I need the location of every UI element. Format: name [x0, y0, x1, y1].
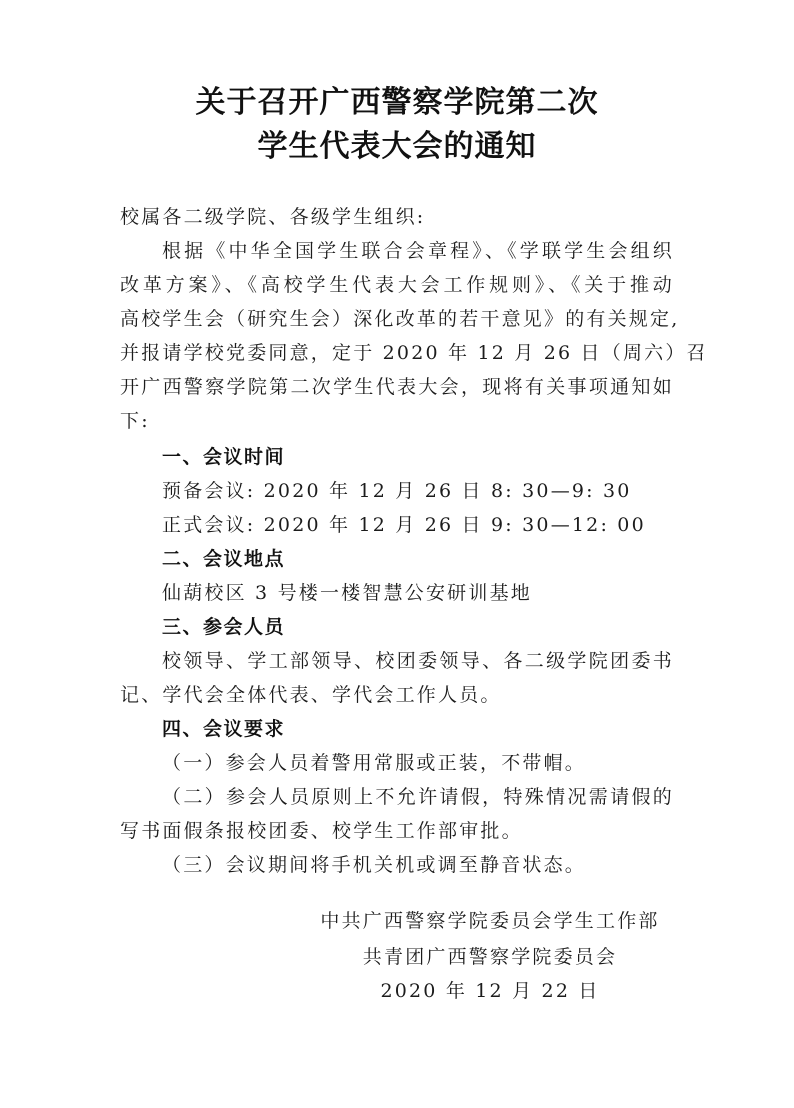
- intro-line: 改革方案》、《高校学生代表大会工作规则》、《关于推动: [120, 268, 674, 302]
- intro-line: 根据《中华全国学生联合会章程》、《学联学生会组织: [162, 234, 674, 268]
- document-page: 关于召开广西警察学院第二次 学生代表大会的通知 校属各二级学院、各级学生组织: …: [0, 0, 794, 1108]
- section-line: 记、学代会全体代表、学代会工作人员。: [120, 678, 680, 712]
- section-line: （二）参会人员原则上不允许请假，特殊情况需请假的: [162, 780, 674, 814]
- section-heading-location: 二、会议地点: [162, 542, 674, 576]
- document-title-line-1: 关于召开广西警察学院第二次: [0, 81, 794, 125]
- section-line: 预备会议: 2020 年 12 月 26 日 8: 30—9: 30: [162, 474, 674, 508]
- section-line: （一）参会人员着警用常服或正装，不带帽。: [162, 746, 674, 780]
- section-line: 正式会议: 2020 年 12 月 26 日 9: 30—12: 00: [162, 508, 674, 542]
- section-heading-attendees: 三、参会人员: [162, 610, 674, 644]
- signature-org-2: 共青团广西警察学院委员会: [300, 940, 680, 974]
- salutation: 校属各二级学院、各级学生组织:: [120, 200, 680, 234]
- section-heading-time: 一、会议时间: [162, 440, 674, 474]
- signature-org-1: 中共广西警察学院委员会学生工作部: [300, 904, 680, 938]
- document-title-line-2: 学生代表大会的通知: [0, 125, 794, 169]
- section-line: 写书面假条报校团委、校学生工作部审批。: [120, 814, 680, 848]
- section-line: 仙葫校区 3 号楼一楼智慧公安研训基地: [162, 576, 674, 610]
- intro-line: 开广西警察学院第二次学生代表大会，现将有关事项通知如: [120, 370, 674, 404]
- intro-line: 并报请学校党委同意，定于 2020 年 12 月 26 日（周六）召: [120, 336, 674, 370]
- section-heading-requirements: 四、会议要求: [162, 712, 674, 746]
- signature-date: 2020 年 12 月 22 日: [300, 974, 680, 1008]
- section-line: （三）会议期间将手机关机或调至静音状态。: [162, 848, 674, 882]
- intro-line: 下:: [120, 404, 680, 438]
- intro-line: 高校学生会（研究生会）深化改革的若干意见》的有关规定,: [120, 302, 674, 336]
- section-line: 校领导、学工部领导、校团委领导、各二级学院团委书: [162, 644, 674, 678]
